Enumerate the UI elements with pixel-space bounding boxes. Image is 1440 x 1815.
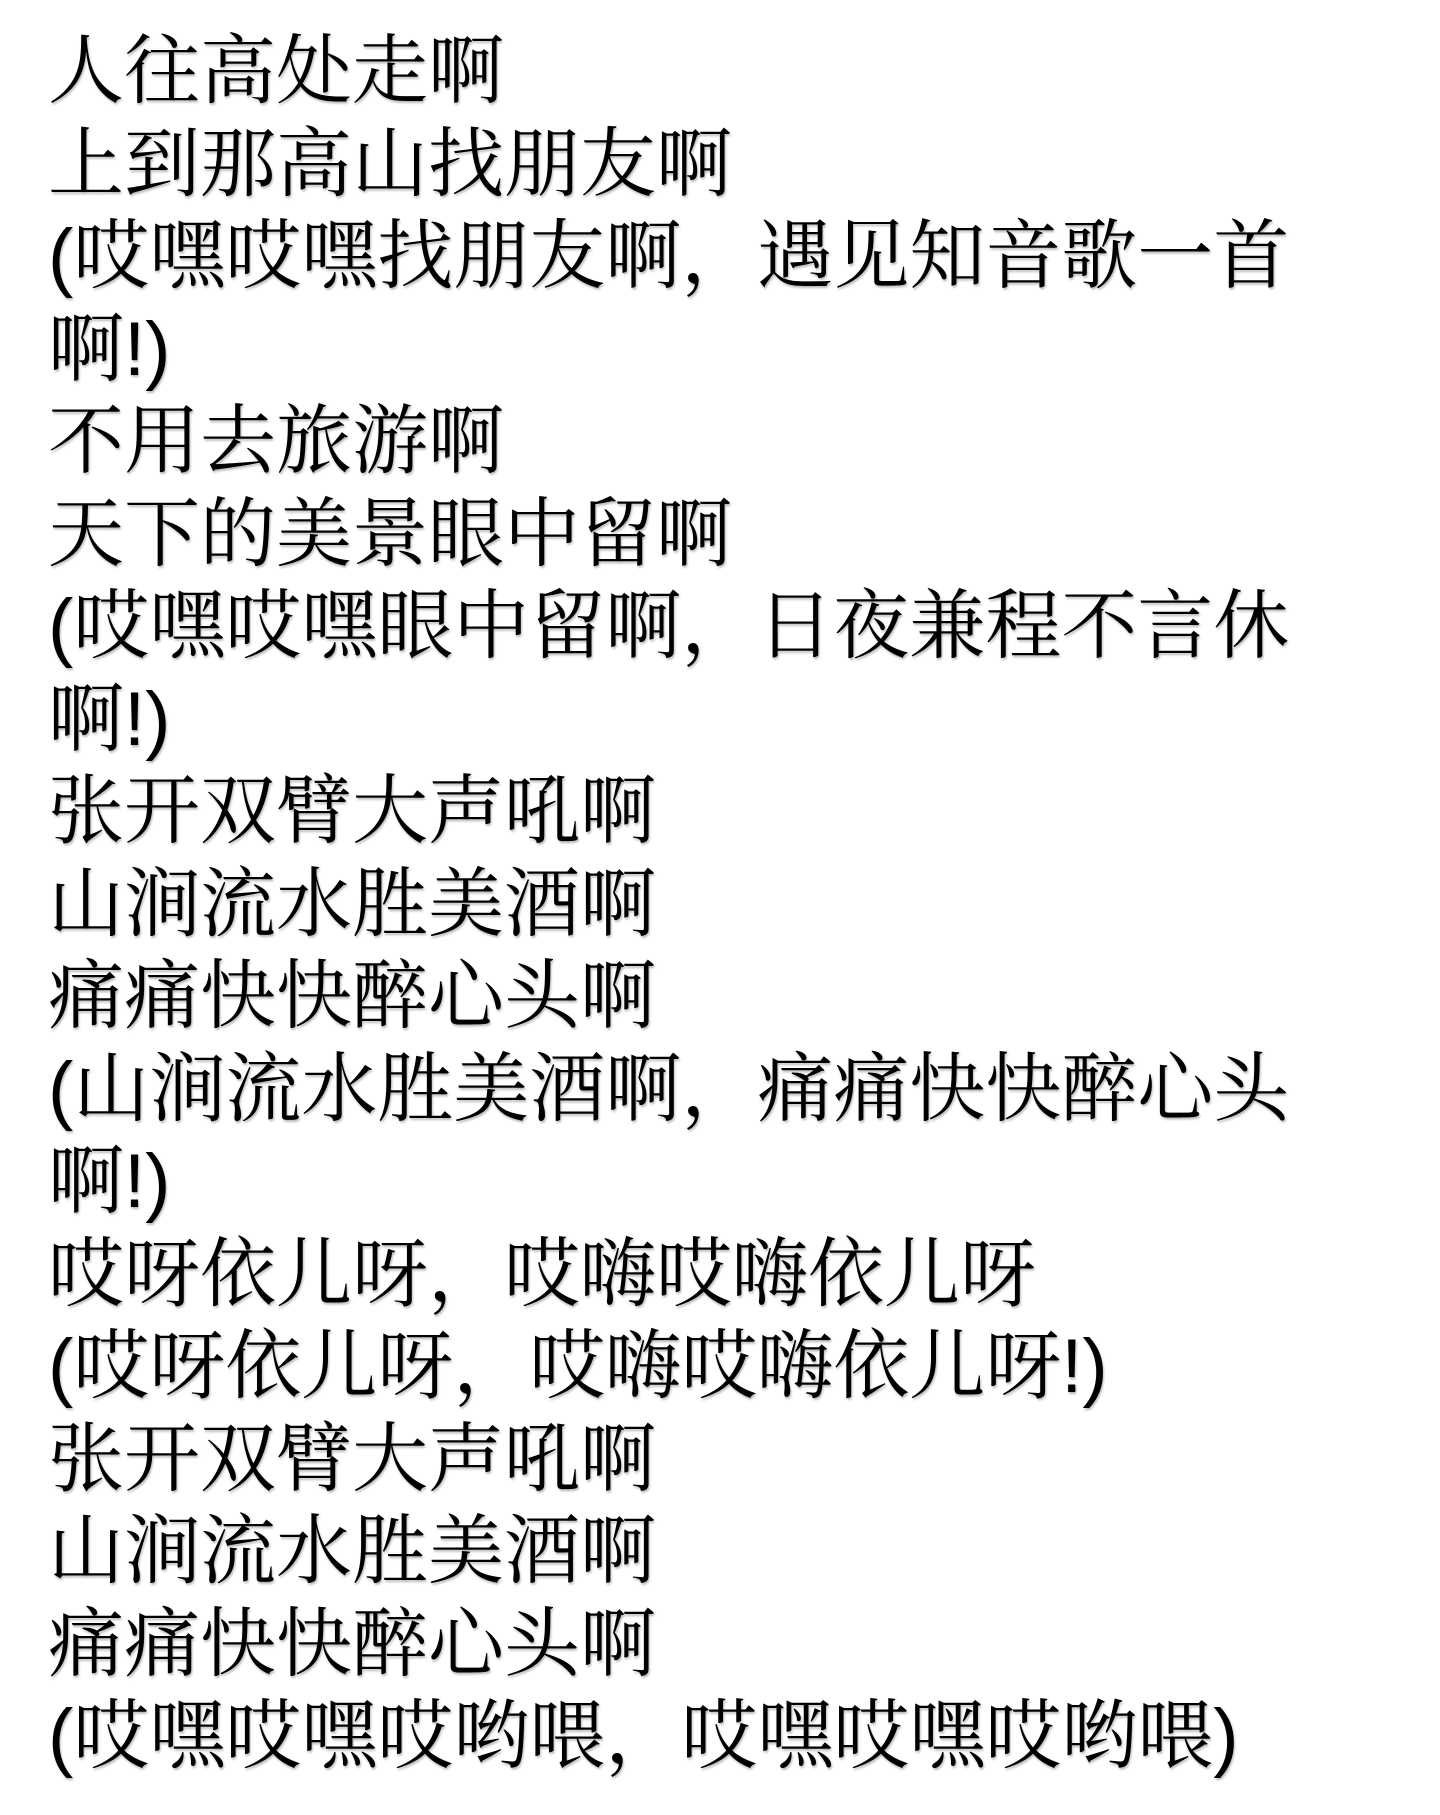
lyric-line: 山涧流水胜美酒啊 bbox=[48, 1506, 1440, 1599]
lyric-line: 张开双臂大声吼啊 bbox=[48, 766, 1440, 859]
lyric-line: 天下的美景眼中留啊 bbox=[48, 489, 1440, 582]
lyric-line: 啊!) bbox=[48, 1136, 1440, 1229]
lyrics-page: 人往高处走啊 上到那高山找朋友啊 (哎嘿哎嘿找朋友啊，遇见知音歌一首 啊!) 不… bbox=[0, 0, 1440, 1815]
lyric-line: 人往高处走啊 bbox=[48, 26, 1440, 119]
lyric-line: 啊!) bbox=[48, 674, 1440, 767]
lyric-line: (哎嘿哎嘿找朋友啊，遇见知音歌一首 bbox=[48, 211, 1440, 304]
lyric-line: (哎嘿哎嘿哎哟喂，哎嘿哎嘿哎哟喂) bbox=[48, 1691, 1440, 1784]
lyric-line: 不用去旅游啊 bbox=[48, 396, 1440, 489]
lyric-line: 哎呀依儿呀，哎嗨哎嗨依儿呀 bbox=[48, 1229, 1440, 1322]
lyric-line: (山涧流水胜美酒啊，痛痛快快醉心头 bbox=[48, 1044, 1440, 1137]
lyric-line: 痛痛快快醉心头啊 bbox=[48, 951, 1440, 1044]
lyric-line: 上到那高山找朋友啊 bbox=[48, 119, 1440, 212]
lyric-line: 山涧流水胜美酒啊 bbox=[48, 859, 1440, 952]
lyric-line: (哎呀依儿呀，哎嗨哎嗨依儿呀!) bbox=[48, 1321, 1440, 1414]
lyric-line: 啊!) bbox=[48, 304, 1440, 397]
lyric-line: (哎嘿哎嘿眼中留啊，日夜兼程不言休 bbox=[48, 581, 1440, 674]
lyric-line: 痛痛快快醉心头啊 bbox=[48, 1599, 1440, 1692]
lyric-line: 张开双臂大声吼啊 bbox=[48, 1414, 1440, 1507]
